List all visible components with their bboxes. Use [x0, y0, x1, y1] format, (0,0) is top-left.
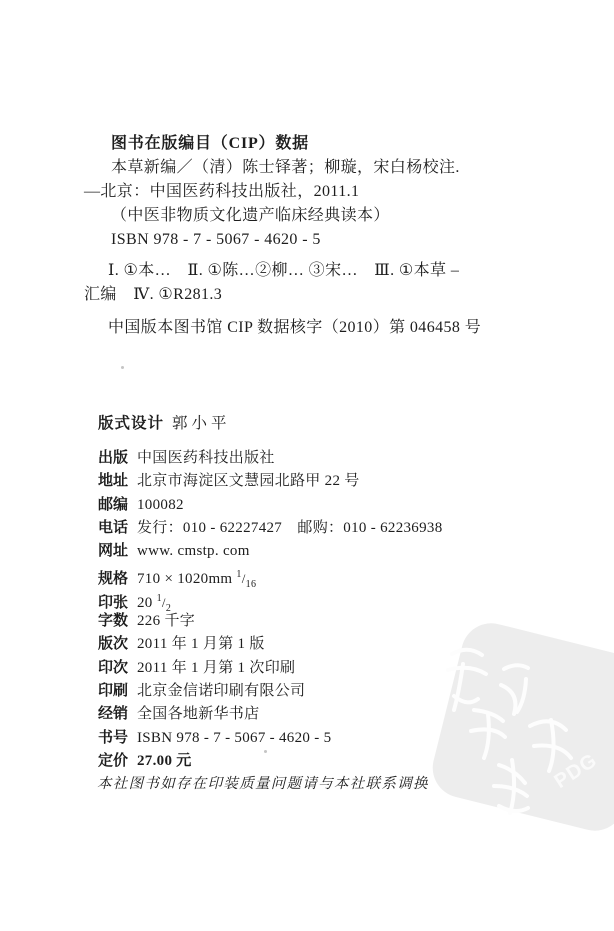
table-row: 地址北京市海淀区文慧园北路甲 22 号: [98, 470, 443, 493]
row-value: 全国各地新华书店: [137, 706, 259, 722]
cip-block: 图书在版编目（CIP）数据 本草新编／（清）陈士铎著；柳璇，宋白杨校注. —北京…: [84, 132, 534, 252]
table-row: 印次2011 年 1 月第 1 次印刷: [98, 657, 443, 680]
cip-registry-line: 中国版本图书馆 CIP 数据核字（2010）第 046458 号: [108, 316, 481, 340]
cip-classification-block: Ⅰ. ①本… Ⅱ. ①陈…②柳… ③宋… Ⅲ. ①本草 – 汇编 Ⅳ. ①R28…: [84, 259, 534, 307]
table-row: 邮编100082: [98, 494, 443, 517]
row-value: www. cmstp. com: [137, 543, 250, 559]
row-label: 书号: [98, 727, 137, 750]
design-credit-row: 版式设计郭小平: [98, 412, 231, 436]
row-label: 版式设计: [98, 415, 164, 432]
table-row-price: 定价27.00 元: [98, 750, 443, 773]
table-row: 规格710 × 1020mm1/16: [98, 563, 443, 586]
row-label: 经销: [98, 703, 137, 726]
fraction-denominator: 16: [246, 579, 257, 590]
row-label: 定价: [98, 750, 137, 773]
table-row: 电话发行：010 - 62227427 邮购：010 - 62236938: [98, 517, 443, 540]
spec-size: 710 × 1020mm: [137, 571, 232, 587]
row-value: 发行：010 - 62227427 邮购：010 - 62236938: [137, 520, 443, 536]
row-label: 印刷: [98, 680, 137, 703]
table-row: 网址www. cmstp. com: [98, 540, 443, 563]
publication-info-table: 出版中国医药科技出版社 地址北京市海淀区文慧园北路甲 22 号 邮编100082…: [98, 447, 443, 773]
row-value: 郭小平: [172, 415, 231, 432]
footer-note: 本社图书如存在印装质量问题请与本社联系调换: [97, 772, 429, 793]
row-label: 字数: [98, 610, 137, 633]
row-label: 邮编: [98, 494, 137, 517]
row-value: 710 × 1020mm1/16: [137, 571, 256, 587]
row-value: 100082: [137, 497, 184, 513]
row-value: 2011 年 1 月第 1 次印刷: [137, 660, 295, 676]
seal-script-watermark-icon: [430, 610, 614, 840]
row-label: 出版: [98, 447, 137, 470]
classification-line-1: Ⅰ. ①本… Ⅱ. ①陈…②柳… ③宋… Ⅲ. ①本草 –: [108, 259, 534, 283]
table-row: 印刷北京金信诺印刷有限公司: [98, 680, 443, 703]
row-value: 北京金信诺印刷有限公司: [137, 683, 305, 699]
row-label: 网址: [98, 540, 137, 563]
table-row: 字数226 千字: [98, 610, 443, 633]
row-value: 226 千字: [137, 613, 195, 629]
cip-title: 图书在版编目（CIP）数据: [111, 132, 534, 156]
classification-line-2: 汇编 Ⅳ. ①R281.3: [84, 283, 534, 307]
table-row: 经销全国各地新华书店: [98, 703, 443, 726]
cip-description-line: 本草新编／（清）陈士铎著；柳璇，宋白杨校注.: [111, 156, 534, 180]
cip-series-line: （中医非物质文化遗产临床经典读本）: [111, 204, 534, 228]
scan-speck: [121, 366, 124, 369]
row-label: 版次: [98, 633, 137, 656]
row-value: 2011 年 1 月第 1 版: [137, 636, 265, 652]
book-copyright-page: PDG 图书在版编目（CIP）数据 本草新编／（清）陈士铎著；柳璇，宋白杨校注.…: [0, 0, 614, 931]
row-value: 中国医药科技出版社: [137, 450, 275, 466]
row-value: 北京市海淀区文慧园北路甲 22 号: [137, 473, 360, 489]
cip-isbn-line: ISBN 978 - 7 - 5067 - 4620 - 5: [111, 228, 534, 252]
table-row: 书号ISBN 978 - 7 - 5067 - 4620 - 5: [98, 727, 443, 750]
row-value: 27.00 元: [137, 753, 192, 769]
row-value: ISBN 978 - 7 - 5067 - 4620 - 5: [137, 730, 331, 746]
cip-publisher-line: —北京：中国医药科技出版社，2011.1: [84, 180, 534, 204]
row-value: 201/2: [137, 595, 171, 611]
table-row: 出版中国医药科技出版社: [98, 447, 443, 470]
table-row: 印张201/2: [98, 587, 443, 610]
sheet-count: 20: [137, 595, 153, 611]
row-label: 地址: [98, 470, 137, 493]
table-row: 版次2011 年 1 月第 1 版: [98, 633, 443, 656]
row-label: 印次: [98, 657, 137, 680]
row-label: 电话: [98, 517, 137, 540]
